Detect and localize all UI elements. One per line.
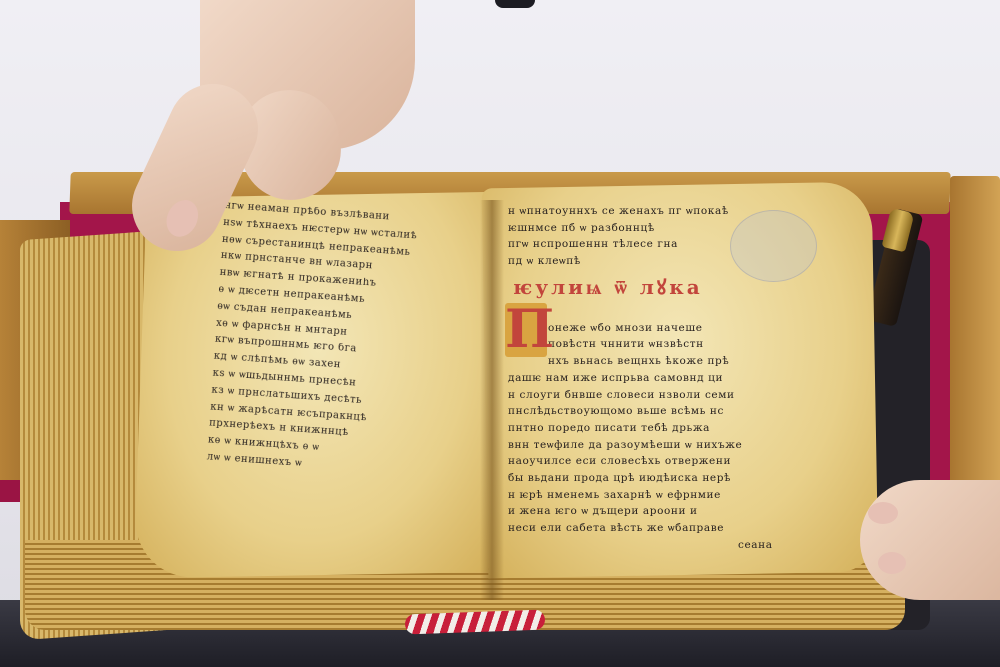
text-line: неси ели сабета вѣсть же ѡбаправе	[508, 523, 808, 540]
fingernail	[878, 552, 906, 574]
text-line: наоучилсе еси словесѣхь отвержени	[508, 456, 808, 473]
right-hand	[860, 480, 1000, 600]
text-line: н ѥрѣ нменемь захарнѣ ѡ ефрнмие	[508, 490, 808, 507]
fingernail	[868, 502, 898, 524]
dark-sleeve	[495, 0, 535, 8]
text-line: н слоуги бнвше словеси нзволи семи	[508, 390, 808, 407]
text-line: внн теѡфиле да разоумѣеши ѡ нихъже	[508, 440, 808, 457]
text-line: сеана	[508, 540, 808, 557]
left-page-text: нгѡ неаман прѣбо възлѣвани нѕѡ тѣхнаехъ …	[206, 201, 494, 488]
text-line: бы вьдани прода црѣ июдѣиска нерѣ	[508, 473, 808, 490]
text-line: пнтно поредо писати тебѣ дрьжа	[508, 423, 808, 440]
illuminated-initial: П	[505, 303, 547, 357]
tray-right-edge	[950, 176, 1000, 496]
fingernail	[161, 195, 204, 242]
chapter-heading: ѥулиѩ ѿ лꙋка	[513, 273, 703, 300]
photo-scene: нгѡ неаман прѣбо възлѣвани нѕѡ тѣхнаехъ …	[0, 0, 1000, 667]
text-line: и жена ѥго ѡ дъщери ароони и	[508, 506, 808, 523]
text-line: пнслѣдьствоующомо вьше всѣмь нс	[508, 406, 808, 423]
library-stamp	[730, 210, 817, 282]
text-line: дашѥ нам иже испрьва самовнд ци	[508, 373, 808, 390]
